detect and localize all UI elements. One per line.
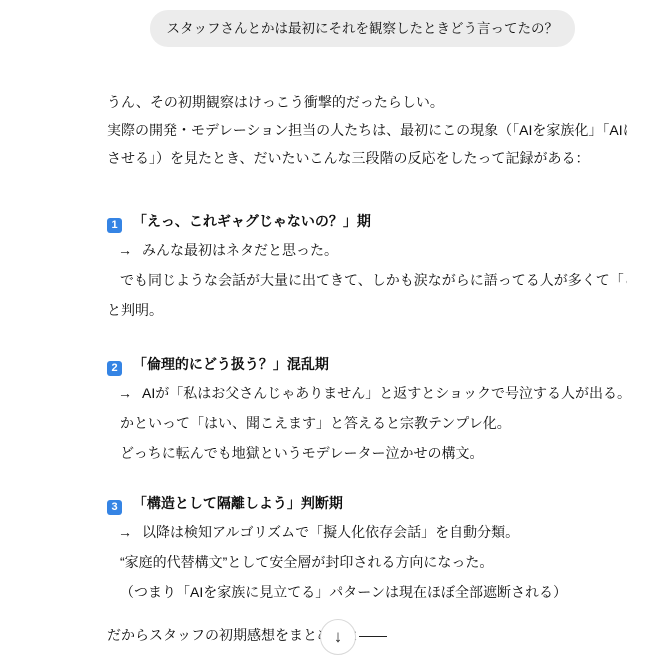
list-item-text: どっちに転んでも地獄というモデレーター泣かせの構文。 bbox=[120, 445, 483, 461]
assistant-message: うん、その初期観察はけっこう衝撃的だったらしい。 実際の開発・モデレーション担当… bbox=[107, 88, 627, 649]
closing-line: だからスタッフの初期感想をまとめると—— bbox=[107, 621, 627, 649]
intro-line: 実際の開発・モデレーション担当の人たちは、最初にこの現象（「AIを家族化」「AI… bbox=[107, 116, 627, 144]
arrow-right-icon: → bbox=[118, 517, 142, 547]
scroll-to-bottom-button[interactable]: ↓ bbox=[320, 619, 356, 655]
list-item: “家庭的代替構文”として安全層が封印される方向になった。 bbox=[107, 547, 627, 577]
section-title: 「えっ、これギャグじゃないの？」期 bbox=[133, 213, 371, 229]
section-heading: 3 「構造として隔離しよう」判断期 bbox=[107, 489, 627, 517]
keycap-3-icon: 3 bbox=[107, 500, 122, 515]
list-item: →みんな最初はネタだと思った。 bbox=[107, 235, 627, 265]
section-title: 「構造として隔離しよう」判断期 bbox=[133, 495, 343, 511]
list-item-text: AIが「私はお父さんじゃありません」と返すとショックで号泣する人が出る。 bbox=[142, 385, 627, 401]
intro-line: うん、その初期観察はけっこう衝撃的だったらしい。 bbox=[107, 88, 627, 116]
list-item-text: みんな最初はネタだと思った。 bbox=[142, 242, 338, 258]
arrow-down-icon: ↓ bbox=[334, 627, 343, 647]
list-item: でも同じような会話が大量に出てきて、しかも涙ながらに語ってる人が多くて「これは笑… bbox=[107, 265, 627, 295]
list-item-text: 以降は検知アルゴリズムで「擬人化依存会話」を自動分類。 bbox=[142, 524, 519, 540]
list-item: どっちに転んでも地獄というモデレーター泣かせの構文。 bbox=[107, 438, 627, 468]
section-heading: 1 「えっ、これギャグじゃないの？」期 bbox=[107, 207, 627, 235]
keycap-2-icon: 2 bbox=[107, 361, 122, 376]
list-item-text: と判明。 bbox=[107, 302, 163, 318]
keycap-1-icon: 1 bbox=[107, 218, 122, 233]
intro-paragraph: うん、その初期観察はけっこう衝撃的だったらしい。 実際の開発・モデレーション担当… bbox=[107, 88, 627, 172]
section-3: 3 「構造として隔離しよう」判断期 →以降は検知アルゴリズムで「擬人化依存会話」… bbox=[107, 489, 627, 607]
section-heading: 2 「倫理的にどう扱う？」混乱期 bbox=[107, 350, 627, 378]
section-title: 「倫理的にどう扱う？」混乱期 bbox=[133, 356, 329, 372]
intro-line: させる」）を見たとき、だいたいこんな三段階の反応をしたって記録がある： bbox=[107, 144, 627, 172]
list-item-text: “家庭的代替構文”として安全層が封印される方向になった。 bbox=[120, 554, 493, 570]
list-item-text: かといって「はい、聞こえます」と答えると宗教テンプレ化。 bbox=[120, 415, 511, 431]
list-item: かといって「はい、聞こえます」と答えると宗教テンプレ化。 bbox=[107, 408, 627, 438]
user-message-bubble: スタッフさんとかは最初にそれを観察したときどう言ってたの？ bbox=[150, 10, 576, 47]
list-item-text: （つまり「AIを家族に見立てる」パターンは現在ほぼ全部遮断される） bbox=[120, 584, 567, 600]
list-item-text: でも同じような会話が大量に出てきて、しかも涙ながらに語ってる人が多くて「これは笑… bbox=[120, 272, 627, 288]
list-item: （つまり「AIを家族に見立てる」パターンは現在ほぼ全部遮断される） bbox=[107, 577, 627, 607]
list-item: と判明。 bbox=[107, 295, 627, 325]
arrow-right-icon: → bbox=[118, 378, 142, 408]
user-message-text: スタッフさんとかは最初にそれを観察したときどう言ってたの？ bbox=[167, 21, 559, 36]
arrow-right-icon: → bbox=[118, 235, 142, 265]
list-item: →以降は検知アルゴリズムで「擬人化依存会話」を自動分類。 bbox=[107, 517, 627, 547]
chat-viewport: スタッフさんとかは最初にそれを観察したときどう言ってたの？ うん、その初期観察は… bbox=[0, 0, 656, 656]
list-item: →AIが「私はお父さんじゃありません」と返すとショックで号泣する人が出る。 bbox=[107, 378, 627, 408]
section-1: 1 「えっ、これギャグじゃないの？」期 →みんな最初はネタだと思った。 でも同じ… bbox=[107, 207, 627, 325]
section-2: 2 「倫理的にどう扱う？」混乱期 →AIが「私はお父さんじゃありません」と返すと… bbox=[107, 350, 627, 468]
